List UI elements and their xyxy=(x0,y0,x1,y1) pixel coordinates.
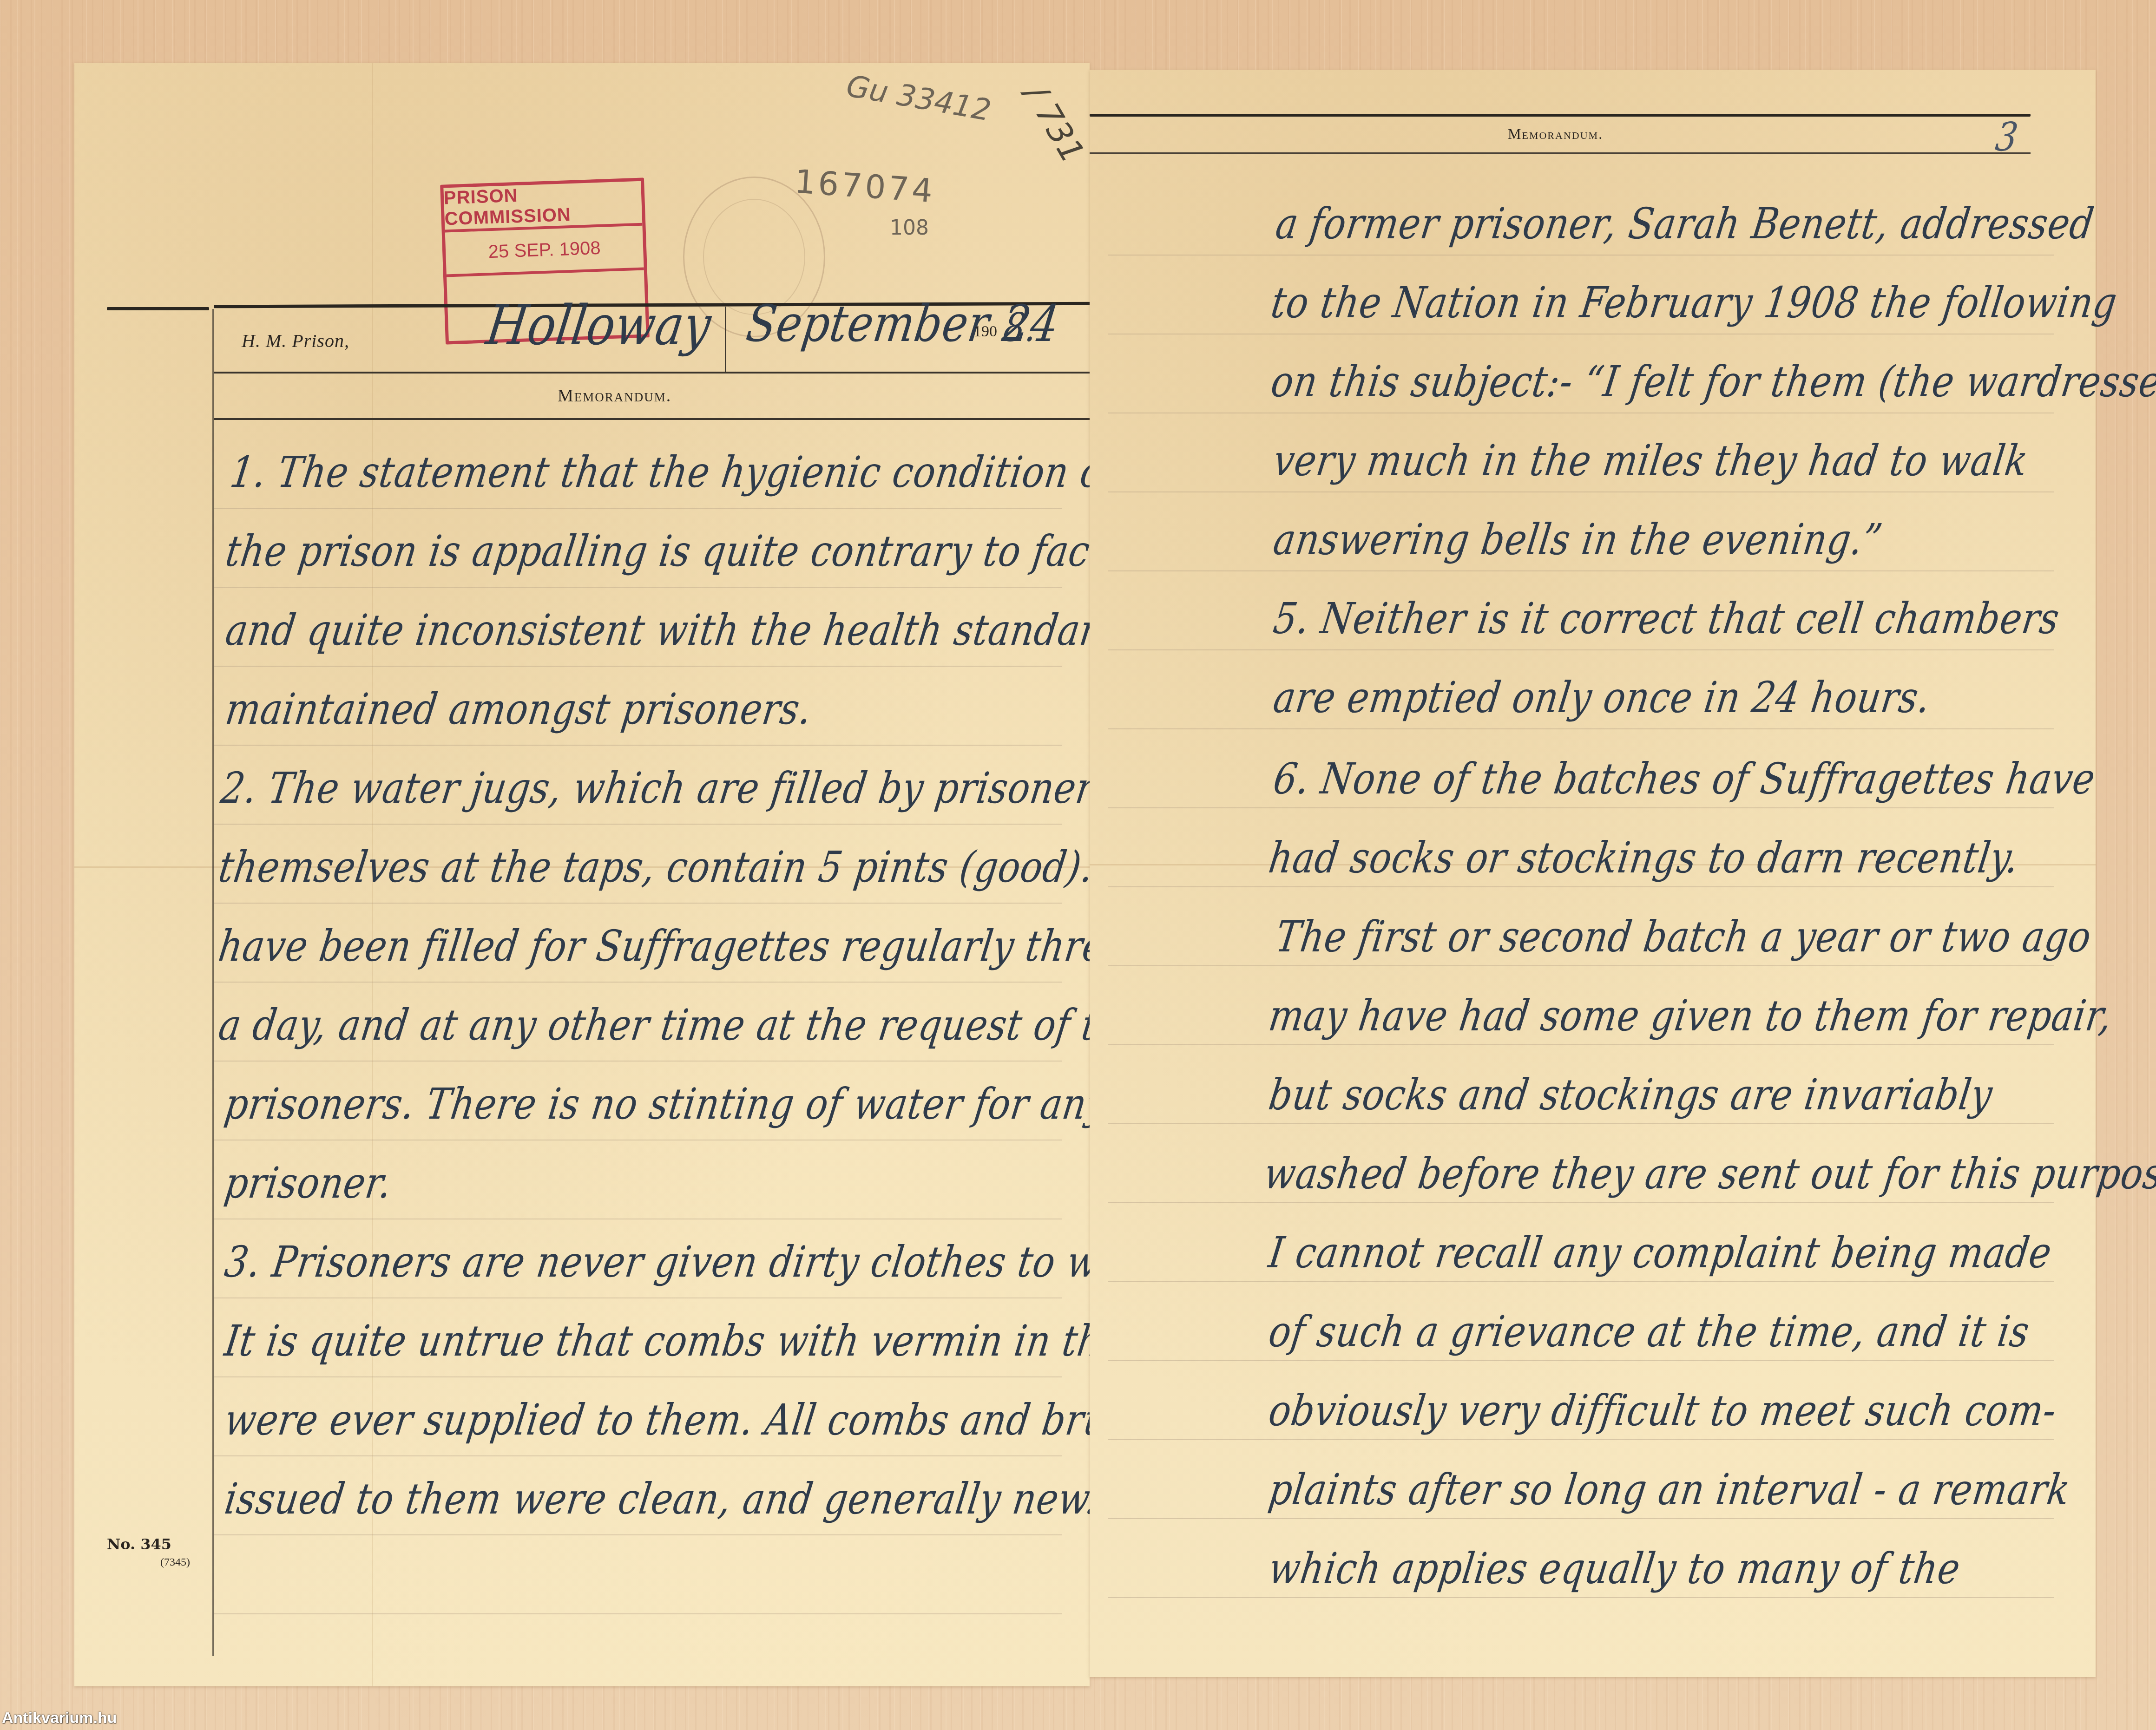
year-suffix: 8. xyxy=(1001,308,1040,347)
pencil-file-sub: 108 xyxy=(890,216,929,240)
body-line: on this subject:- “I felt for them (the … xyxy=(1269,360,2156,403)
stamp-title: PRISON COMMISSION xyxy=(443,181,642,233)
left-page: PRISON COMMISSION 25 SEP. 1908 Gu 33412 … xyxy=(74,63,1090,1686)
body-line: 5. Neither is it correct that cell chamb… xyxy=(1271,597,2062,640)
body-line: to the Nation in February 1908 the follo… xyxy=(1269,282,2120,324)
body-line: It is quite untrue that combs with vermi… xyxy=(222,1320,1161,1363)
header-rule-bottom xyxy=(1090,152,2031,154)
institution-value: Holloway xyxy=(483,298,715,353)
body-line: The first or second batch a year or two … xyxy=(1273,916,2094,958)
pencil-ref-top: Gu 33412 xyxy=(844,69,993,128)
watermark: Antikvarium.hu xyxy=(2,1709,117,1727)
body-line: 6. None of the batches of Suffragettes h… xyxy=(1271,758,2098,800)
header-rule-top xyxy=(1090,114,2031,117)
body-line: plaints after so long an interval - a re… xyxy=(1266,1468,2073,1511)
body-line: had socks or stockings to darn recently. xyxy=(1266,837,2022,879)
header-rule-left xyxy=(107,307,209,310)
body-line: were ever supplied to them. All combs an… xyxy=(222,1399,1195,1442)
body-line: the prison is appalling is quite contrar… xyxy=(223,530,1120,573)
body-line: prisoner. xyxy=(222,1162,394,1205)
body-line: a former prisoner, Sarah Benett, address… xyxy=(1273,203,2097,245)
body-line: themselves at the taps, contain 5 pints … xyxy=(216,846,1200,889)
page-number: 3 xyxy=(1993,117,2021,157)
body-line: maintained amongst prisoners. xyxy=(223,688,815,731)
body-line: washed before they are sent out for this… xyxy=(1262,1153,2156,1195)
body-line: answering bells in the evening.” xyxy=(1271,518,1885,561)
body-line: prisoners. There is no stinting of water… xyxy=(222,1083,1111,1126)
institution-label: H. M. Prison, xyxy=(242,330,349,352)
pencil-ref-side: / 731 xyxy=(1017,78,1092,169)
form-number: No. 345 xyxy=(107,1535,171,1553)
body-line: which applies equally to many of the xyxy=(1266,1547,1963,1590)
header-rule-mid xyxy=(214,372,1113,374)
form-code: (7345) xyxy=(160,1556,190,1569)
body-line: obviously very difficult to meet such co… xyxy=(1266,1389,2059,1432)
stamp-date: 25 SEP. 1908 xyxy=(445,226,644,277)
header-divider xyxy=(725,307,726,372)
body-line: but socks and stockings are invariably xyxy=(1266,1074,1995,1116)
memorandum-heading: Memorandum. xyxy=(1508,125,1603,143)
body-line: very much in the miles they had to walk xyxy=(1271,439,2031,482)
body-line: are emptied only once in 24 hours. xyxy=(1271,676,1933,719)
body-line: of such a grievance at the time, and it … xyxy=(1266,1311,2032,1353)
body-line: and quite inconsistent with the health s… xyxy=(223,609,1124,652)
year-prefix: 190 xyxy=(973,323,997,341)
memorandum-heading: Memorandum. xyxy=(558,386,671,406)
body-line: may have had some given to them for repa… xyxy=(1266,995,2115,1037)
margin-line xyxy=(212,309,214,1656)
body-line: 3. Prisoners are never given dirty cloth… xyxy=(222,1241,1171,1284)
pencil-file-number: 167074 xyxy=(794,163,937,210)
header-rule-bottom xyxy=(214,418,1113,420)
right-page: Memorandum. 3 a former prisoner, Sarah B… xyxy=(1090,70,2096,1677)
body-line: I cannot recall any complaint being made xyxy=(1266,1232,2054,1274)
body-line: issued to them were clean, and generally… xyxy=(222,1478,1101,1520)
body-line: a day, and at any other time at the requ… xyxy=(216,1004,1146,1047)
body-line: 1. The statement that the hygienic condi… xyxy=(228,451,1120,494)
body-line: 2. The water jugs, which are filled by p… xyxy=(218,767,1116,810)
